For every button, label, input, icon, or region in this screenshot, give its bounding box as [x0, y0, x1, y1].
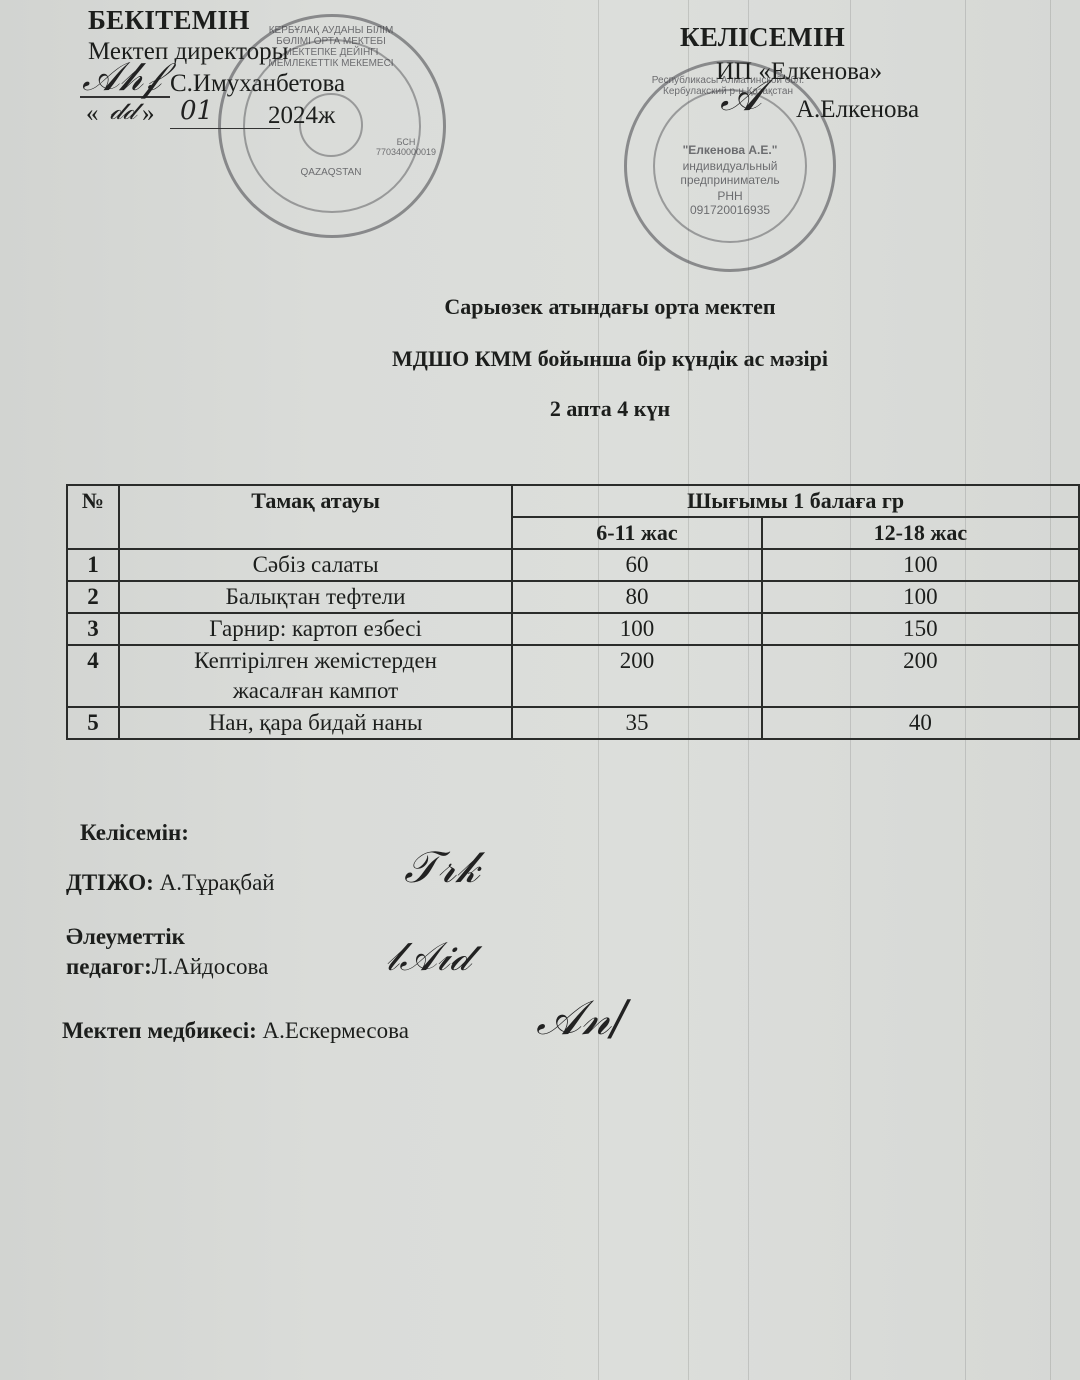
table-row: 1 Сәбіз салаты 60 100 — [67, 549, 1079, 581]
header-age-12-18: 12-18 жас — [762, 517, 1079, 549]
row-dish-line-1: Кептірілген жемістерден — [120, 646, 511, 676]
social-name: Л.Айдосова — [152, 954, 269, 979]
social-line: педагог:Л.Айдосова — [66, 954, 268, 980]
row-number: 2 — [67, 581, 119, 613]
row-dish: Балықтан тефтели — [119, 581, 512, 613]
table-row: 4 Кептірілген жемістерден жасалған кампо… — [67, 645, 1079, 707]
stamp-line-5: 091720016935 — [667, 203, 793, 217]
table-row: 3 Гарнир: картоп езбесі 100 150 — [67, 613, 1079, 645]
nurse-label: Мектеп медбикесі: — [62, 1018, 257, 1043]
row-age-12-18: 100 — [762, 581, 1079, 613]
row-age-12-18: 150 — [762, 613, 1079, 645]
row-age-6-11: 200 — [512, 645, 761, 707]
row-dish: Сәбіз салаты — [119, 549, 512, 581]
row-age-12-18: 200 — [762, 645, 1079, 707]
dtizho-label: ДТІЖО: — [66, 870, 154, 895]
stamp-line-1: "Елкенова А.Е." — [667, 143, 793, 157]
row-age-12-18: 40 — [762, 707, 1079, 739]
row-age-12-18: 100 — [762, 549, 1079, 581]
row-age-6-11: 35 — [512, 707, 761, 739]
dtizho-signature: 𝒯𝓇𝓀 — [404, 842, 480, 893]
nurse-name: А.Ескермесова — [263, 1018, 409, 1043]
row-number: 4 — [67, 645, 119, 707]
date-year: 2024ж — [268, 102, 335, 130]
stamp-line-3: предприниматель — [667, 173, 793, 187]
social-signature: 𝓁𝒜𝒾𝒹 — [386, 934, 470, 980]
agreed-label: Келісемін: — [80, 820, 189, 846]
row-number: 3 — [67, 613, 119, 645]
header-number: № — [67, 485, 119, 549]
table-row: 5 Нан, қара бидай наны 35 40 — [67, 707, 1079, 739]
row-dish-line-2: жасалған кампот — [120, 676, 511, 706]
table-header-row: № Тамақ атауы Шығымы 1 балаға гр — [67, 485, 1079, 517]
stamp-id: БСН 770340000019 — [371, 137, 441, 157]
menu-title: МДШО КММ бойынша бір күндік ас мәзірі — [70, 346, 1080, 372]
row-number: 1 — [67, 549, 119, 581]
approval-right-heading: КЕЛІСЕМІН — [680, 22, 845, 53]
header-age-6-11: 6-11 жас — [512, 517, 761, 549]
approval-left-heading: БЕКІТЕМІН — [88, 5, 250, 36]
row-age-6-11: 100 — [512, 613, 761, 645]
stamp-line-2: индивидуальный — [667, 159, 793, 173]
row-number: 5 — [67, 707, 119, 739]
row-age-6-11: 60 — [512, 549, 761, 581]
date-close-quote: » — [142, 100, 155, 128]
table-row: 2 Балықтан тефтели 80 100 — [67, 581, 1079, 613]
date-month: 01 — [180, 96, 213, 126]
school-title: Сарыөзек атындағы орта мектеп — [70, 294, 1080, 320]
dtizho-line: ДТІЖО: А.Тұрақбай — [66, 870, 275, 896]
nurse-line: Мектеп медбикесі: А.Ескермесова — [62, 1018, 409, 1044]
nurse-signature: 𝒜𝓃/ — [536, 990, 627, 1047]
date-open-quote: « — [86, 100, 99, 128]
stamp-line-4: РНН — [667, 189, 793, 203]
director-name: С.Имуханбетова — [170, 70, 345, 98]
director-signature: 𝒜𝒽𝒻 — [82, 54, 161, 100]
header-dish: Тамақ атауы — [119, 485, 512, 549]
row-dish: Гарнир: картоп езбесі — [119, 613, 512, 645]
dtizho-name: А.Тұрақбай — [160, 870, 275, 895]
date-day: 𝒹𝒹 — [110, 96, 136, 127]
row-age-6-11: 80 — [512, 581, 761, 613]
ip-signature: 𝒜 — [720, 70, 762, 121]
row-dish: Кептірілген жемістерден жасалған кампот — [119, 645, 512, 707]
menu-table: № Тамақ атауы Шығымы 1 балаға гр 6-11 жа… — [66, 484, 1080, 740]
stamp-center-text: QAZAQSTAN — [281, 167, 381, 178]
social-label-line-1: Әлеуметтік — [66, 924, 185, 950]
row-dish: Нан, қара бидай наны — [119, 707, 512, 739]
date-month-line — [170, 128, 280, 129]
period-title: 2 апта 4 күн — [70, 396, 1080, 422]
header-yield: Шығымы 1 балаға гр — [512, 485, 1079, 517]
ip-name: А.Елкенова — [796, 96, 919, 124]
social-label-line-2: педагог: — [66, 954, 152, 979]
